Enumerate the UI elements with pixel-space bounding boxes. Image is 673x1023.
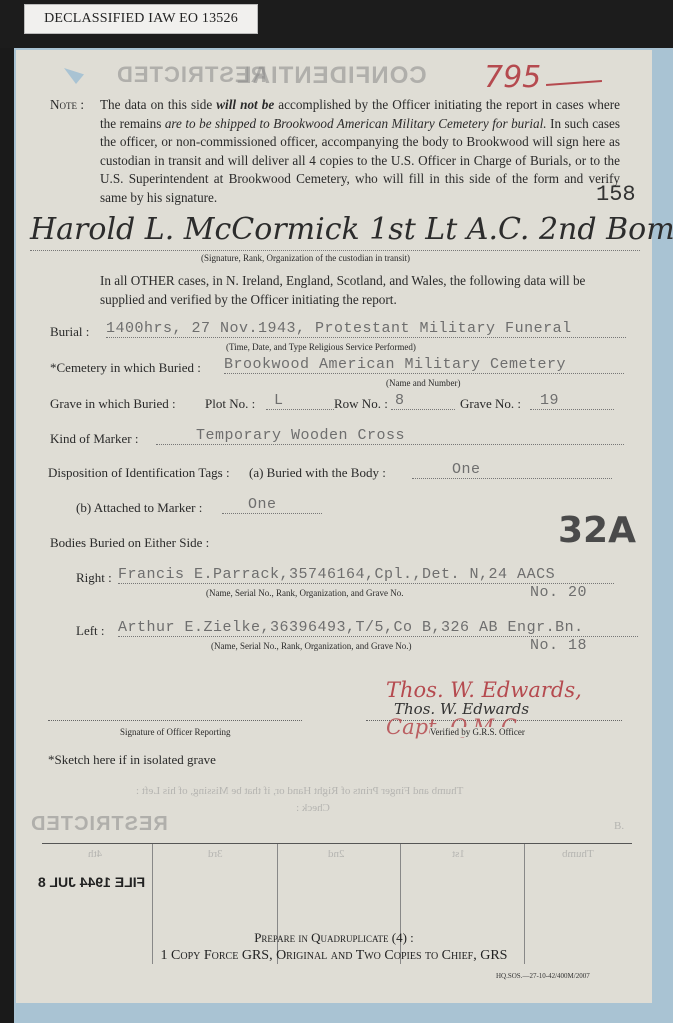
note-text-1: The data on this side: [100, 97, 212, 112]
reporting-signature-line: [48, 720, 302, 721]
note-emphasis-2: are to be shipped to Brookwood American …: [165, 116, 547, 131]
marker-value: Temporary Wooden Cross: [156, 427, 624, 445]
ghost-col-1st: 1st: [452, 848, 465, 860]
burial-label: Burial :: [50, 324, 89, 340]
footer-line-1: Prepare in Quadruplicate (4) :: [16, 930, 652, 946]
grid-divider: [400, 844, 401, 964]
note-emphasis-1: will not be: [216, 97, 274, 112]
grave-no-value: 19: [530, 392, 614, 410]
plot-value: L: [266, 392, 334, 410]
declassification-label: DECLASSIFIED IAW EO 13526: [24, 4, 258, 34]
custodian-caption: (Signature, Rank, Organization of the cu…: [201, 253, 410, 263]
verified-name-stamp: Thos. W. Edwards,: [386, 678, 582, 702]
ghost-check-label: Check :: [296, 802, 330, 814]
right-label: Right :: [76, 570, 112, 586]
burial-report-form: RESTRICTED CONFIDENTIAL 795 Note : The d…: [16, 50, 652, 1003]
left-grave-number: No. 18: [530, 637, 587, 654]
other-cases-text: In all OTHER cases, in N. Ireland, Engla…: [100, 272, 620, 309]
right-caption: (Name, Serial No., Rank, Organization, a…: [206, 588, 404, 598]
red-strike-mark: [546, 80, 602, 86]
left-label: Left :: [76, 623, 105, 639]
print-code: HQ.SOS.—27-10-42/400M/2007: [496, 972, 590, 980]
marker-label: Kind of Marker :: [50, 431, 138, 447]
note-paragraph: The data on this side will not be accomp…: [100, 96, 620, 207]
sketch-label: *Sketch here if in isolated grave: [48, 752, 216, 768]
tags-buried-value: One: [412, 461, 612, 479]
paper-tear: [64, 68, 84, 84]
burial-value: 1400hrs, 27 Nov.1943, Protestant Militar…: [106, 320, 626, 338]
right-body-value: Francis E.Parrack,35746164,Cpl.,Det. N,2…: [118, 566, 614, 584]
cemetery-label: *Cemetery in which Buried :: [50, 360, 201, 376]
grave-label: Grave in which Buried :: [50, 396, 176, 412]
custodian-signature: Harold L. McCormick 1st Lt A.C. 2nd Bomb…: [30, 210, 640, 251]
ghost-col-thumb: Thumb: [562, 848, 594, 860]
ghost-col-3rd: 3rd: [208, 848, 223, 860]
row-value: 8: [391, 392, 455, 410]
ghost-col-2nd: 2nd: [328, 848, 345, 860]
grid-divider: [524, 844, 525, 964]
tags-attached-label: (b) Attached to Marker :: [76, 500, 202, 516]
grid-divider: [152, 844, 153, 964]
ghost-row-label: B.: [614, 820, 624, 832]
row-label: Row No. :: [334, 396, 388, 412]
page-number: 158: [596, 182, 636, 207]
burial-caption: (Time, Date, and Type Religious Service …: [226, 342, 416, 352]
bodies-label: Bodies Buried on Either Side :: [50, 535, 209, 551]
cemetery-caption: (Name and Number): [386, 378, 460, 388]
restricted-stamp-bottom: RESTRICTED: [30, 813, 168, 836]
plot-label: Plot No. :: [205, 396, 255, 412]
grid-divider: [277, 844, 278, 964]
ghost-fingerprint-instruction: Thumb and Finger Prints of Right Hand or…: [136, 785, 463, 797]
left-caption: (Name, Serial No., Rank, Organization, a…: [211, 641, 412, 651]
tags-label: Disposition of Identification Tags :: [48, 465, 230, 481]
verified-caption: Verified by G.R.S. Officer: [430, 727, 525, 737]
reporting-caption: Signature of Officer Reporting: [120, 727, 231, 737]
footer-line-2: 1 Copy Force GRS, Original and Two Copie…: [16, 948, 652, 964]
left-body-value: Arthur E.Zielke,36396493,T/5,Co B,326 AB…: [118, 619, 638, 637]
ghost-col-4th: 4th: [88, 848, 102, 860]
tags-buried-label: (a) Buried with the Body :: [249, 465, 386, 481]
confidential-stamp-mirrored: CONFIDENTIAL: [236, 62, 427, 90]
right-grave-number: No. 20: [530, 584, 587, 601]
grave-no-label: Grave No. :: [460, 396, 521, 412]
file-date-stamp: FILE 1944 JUL 8: [38, 874, 145, 890]
red-handwritten-number: 795: [484, 60, 541, 95]
tags-attached-value: One: [222, 496, 322, 514]
pencil-code: 32A: [558, 510, 636, 551]
note-label: Note :: [50, 96, 84, 115]
cemetery-value: Brookwood American Military Cemetery: [224, 356, 624, 374]
